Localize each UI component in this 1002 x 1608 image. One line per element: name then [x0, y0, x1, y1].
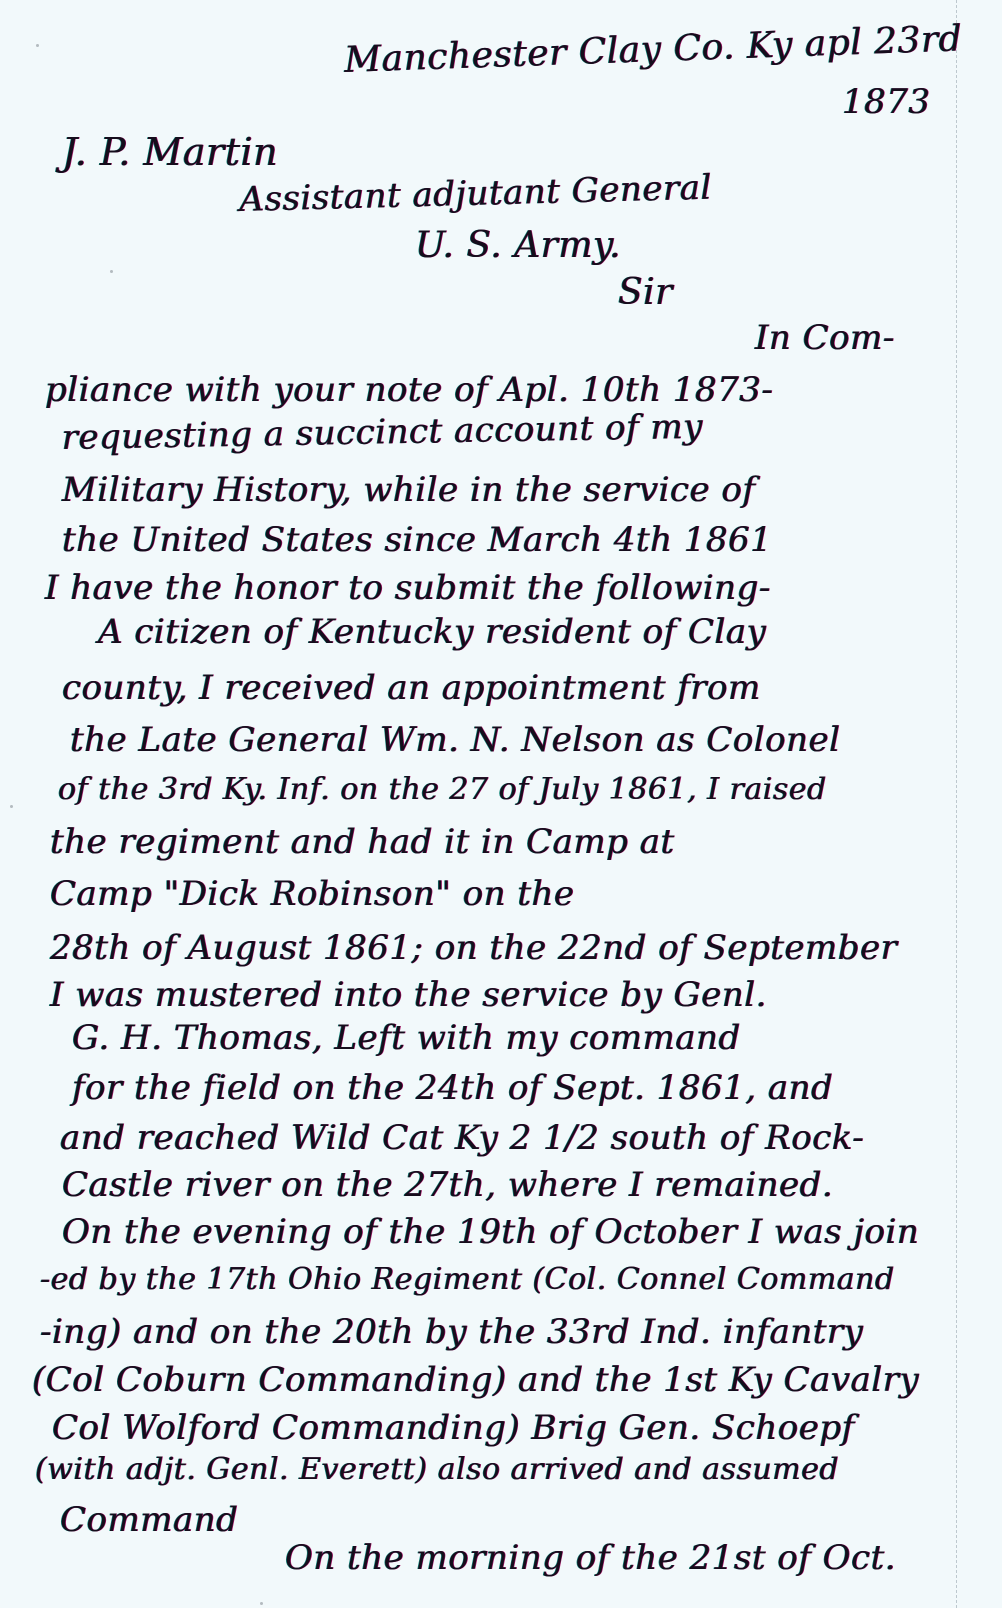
- body-line: the United States since March 4th 1861: [62, 520, 772, 560]
- body-line: On the evening of the 19th of October I …: [62, 1212, 919, 1252]
- body-line: the regiment and had it in Camp at: [50, 822, 675, 862]
- addressee-name: J. P. Martin: [62, 130, 278, 174]
- letter-page: Manchester Clay Co. Ky apl 23rd 1873 J. …: [0, 0, 1002, 1608]
- body-line: I was mustered into the service by Genl.: [50, 975, 767, 1015]
- body-line: Military History, while in the service o…: [62, 470, 755, 510]
- scan-speck: [36, 44, 39, 47]
- scan-speck: [10, 805, 13, 808]
- body-line: Command: [60, 1500, 238, 1540]
- body-line: I have the honor to submit the following…: [45, 568, 771, 608]
- body-line: requesting a succinct account of my: [61, 407, 703, 458]
- salutation: Sir: [618, 272, 673, 313]
- body-line: pliance with your note of Apl. 10th 1873…: [45, 370, 773, 410]
- body-line: and reached Wild Cat Ky 2 1/2 south of R…: [60, 1118, 864, 1158]
- body-line: -ing) and on the 20th by the 33rd Ind. i…: [40, 1312, 863, 1352]
- body-line: Castle river on the 27th, where I remain…: [62, 1165, 833, 1205]
- body-line: In Com-: [755, 318, 895, 358]
- addressee-org: U. S. Army.: [415, 225, 621, 266]
- body-line: (with adjt. Genl. Everett) also arrived …: [35, 1452, 839, 1487]
- body-line: of the 3rd Ky. Inf. on the 27 of July 18…: [58, 772, 827, 807]
- scan-speck: [110, 270, 113, 273]
- body-line: for the field on the 24th of Sept. 1861,…: [72, 1068, 833, 1108]
- body-line: -ed by the 17th Ohio Regiment (Col. Conn…: [40, 1262, 895, 1297]
- body-line: A citizen of Kentucky resident of Clay: [98, 612, 766, 652]
- body-line: 28th of August 1861; on the 22nd of Sept…: [50, 928, 897, 968]
- body-line: G. H. Thomas, Left with my command: [72, 1018, 741, 1058]
- scan-speck: [260, 1602, 263, 1605]
- body-line: Col Wolford Commanding) Brig Gen. Schoep…: [52, 1408, 855, 1448]
- addressee-title: Assistant adjutant General: [239, 168, 712, 220]
- body-line: (Col Coburn Commanding) and the 1st Ky C…: [32, 1360, 919, 1400]
- body-line: the Late General Wm. N. Nelson as Colone…: [70, 720, 841, 760]
- body-line: Camp "Dick Robinson" on the: [50, 874, 575, 914]
- body-line: county, I received an appointment from: [62, 668, 761, 708]
- body-line: On the morning of the 21st of Oct.: [285, 1538, 896, 1578]
- letter-place-date: Manchester Clay Co. Ky apl 23rd: [344, 18, 963, 81]
- letter-year: 1873: [842, 82, 931, 122]
- page-edge-rule: [956, 0, 957, 1608]
